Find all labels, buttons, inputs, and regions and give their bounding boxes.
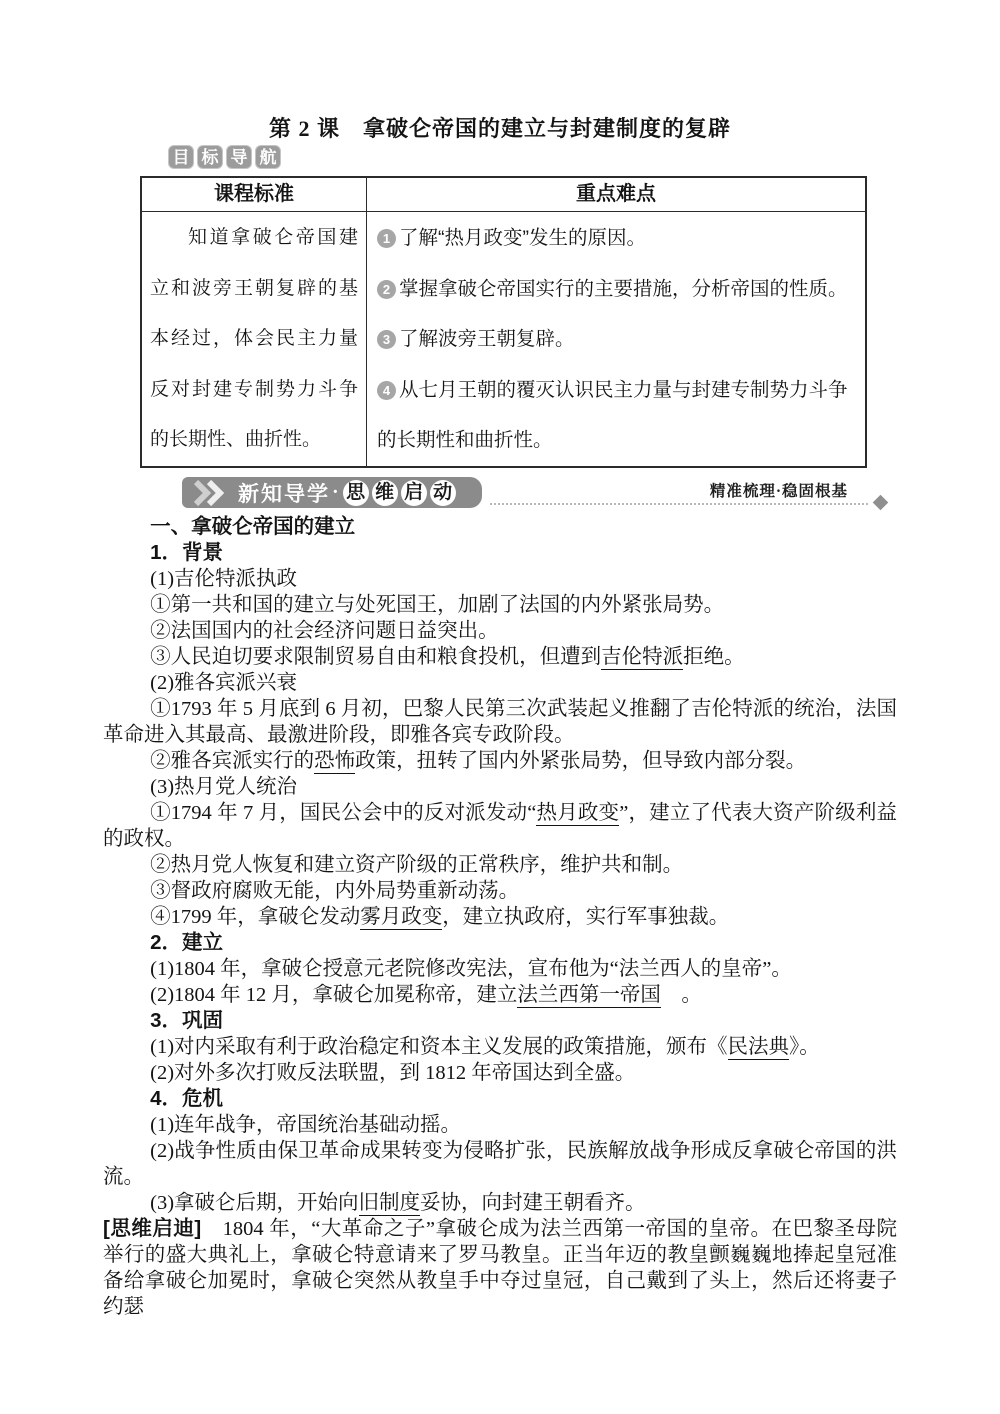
key-point-text: 从七月王朝的覆灭认识民主力量与封建专制势力斗争的长期性和曲折性。 [377, 379, 848, 452]
standards-cell: 知道拿破仑帝国建立和波旁王朝复辟的基本经过，体会民主力量反对封建专制势力斗争的长… [142, 212, 367, 466]
sub-heading: 4．危机 [103, 1086, 897, 1112]
banner-separator-dot: · [332, 481, 339, 504]
section-banner-bar: 新知导学 · 思维启动 [182, 477, 482, 508]
text-segment: ②雅各宾派实行的 [150, 750, 314, 772]
text-segment: (2)战争性质由保卫革命成果转变为侵略扩张，民族解放战争形成反拿破仑帝国的洪流。 [103, 1140, 897, 1188]
column-header-standards: 课程标准 [142, 178, 367, 211]
paragraph: ③人民迫切要求限制贸易自由和粮食投机，但遭到吉伦特派拒绝。 [103, 644, 897, 670]
paragraph: ②法国国内的社会经济问题日益突出。 [103, 618, 897, 644]
diamond-icon [873, 495, 889, 511]
paragraph: (2)1804 年 12 月，拿破仑加冕称帝，建立法兰西第一帝国 。 [103, 982, 897, 1008]
paragraph: (1)吉伦特派执政 [103, 566, 897, 592]
banner-circle-char: 启 [401, 480, 427, 506]
text-segment: (3)热月党人统治 [150, 776, 297, 798]
paragraph: (1)对内采取有利于政治稳定和资本主义发展的政策措施，颁布《民法典》。 [103, 1034, 897, 1060]
section-banner: 新知导学 · 思维启动 精准梳理·稳固根基 [100, 476, 892, 516]
text-segment: 妥协，向封建王朝看齐。 [420, 1192, 646, 1214]
text-segment: 》。 [789, 1036, 820, 1058]
blank-answer: 法兰西第一帝国 [517, 984, 661, 1008]
textbook-page: 第 2 课 拿破仑帝国的建立与封建制度的复辟 目标导航 课程标准 重点难点 知道… [0, 0, 1000, 1414]
sub-heading: 3．巩固 [103, 1008, 897, 1034]
paragraph: ④1799 年，拿破仑发动雾月政变，建立执政府，实行军事独裁。 [103, 904, 897, 930]
blank-answer: 旧制度 [359, 1192, 421, 1216]
paragraph: ①1793 年 5 月底到 6 月初，巴黎人民第三次武装起义推翻了吉伦特派的统治… [103, 696, 897, 748]
key-point-item: 1了解“热月政变”发生的原因。 [377, 213, 859, 264]
text-segment: 3．巩固 [150, 1009, 223, 1032]
paragraph: ③督政府腐败无能，内外局势重新动荡。 [103, 878, 897, 904]
key-point-text: 了解“热月政变”发生的原因。 [399, 227, 646, 249]
badge-char-tile: 导 [226, 145, 252, 169]
dotted-rule [490, 503, 868, 505]
banner-circle-char: 维 [372, 480, 398, 506]
text-segment: 政策，扭转了国内外紧张局势，但导致内部分裂。 [355, 750, 806, 772]
text-segment: (2)雅各宾派兴衰 [150, 672, 297, 694]
paragraph: (3)热月党人统治 [103, 774, 897, 800]
banner-title: 新知导学 [238, 478, 330, 508]
numbered-disc-icon: 3 [377, 330, 396, 349]
numbered-disc-icon: 4 [377, 381, 396, 400]
banner-right-label: 精准梳理·稳固根基 [710, 479, 848, 501]
text-segment: ④1799 年，拿破仑发动 [150, 906, 360, 928]
text-segment: 1804 年，“大革命之子”拿破仑成为法兰西第一帝国的皇帝。在巴黎圣母院举行的盛… [103, 1218, 897, 1318]
text-segment: (2)对外多次打败反法联盟，到 1812 年帝国达到全盛。 [150, 1062, 635, 1084]
key-point-text: 掌握拿破仑帝国实行的主要措施，分析帝国的性质。 [399, 278, 848, 300]
key-point-text: 了解波旁王朝复辟。 [399, 328, 575, 350]
blank-answer: 热月政变 [536, 802, 619, 826]
sub-heading: 1．背景 [103, 540, 897, 566]
text-segment: ②热月党人恢复和建立资产阶级的正常秩序，维护共和制。 [150, 854, 683, 876]
goal-navigation-badge: 目标导航 [168, 145, 281, 169]
lesson-content: 一、拿破仑帝国的建立1．背景(1)吉伦特派执政①第一共和国的建立与处死国王，加剧… [103, 514, 897, 1320]
key-point-item: 4从七月王朝的覆灭认识民主力量与封建专制势力斗争的长期性和曲折性。 [377, 365, 859, 466]
text-segment: (2)1804 年 12 月，拿破仑加冕称帝，建立 [150, 984, 517, 1006]
chevron-right-icon [192, 480, 230, 506]
table-body-row: 知道拿破仑帝国建立和波旁王朝复辟的基本经过，体会民主力量反对封建专制势力斗争的长… [142, 212, 865, 466]
standards-table: 课程标准 重点难点 知道拿破仑帝国建立和波旁王朝复辟的基本经过，体会民主力量反对… [140, 176, 867, 468]
badge-char-tile: 标 [197, 145, 223, 169]
paragraph: ②雅各宾派实行的恐怖政策，扭转了国内外紧张局势，但导致内部分裂。 [103, 748, 897, 774]
sub-heading: 2．建立 [103, 930, 897, 956]
blank-answer: 民法典 [728, 1036, 790, 1060]
paragraph: (1)连年战争，帝国统治基础动摇。 [103, 1112, 897, 1138]
text-segment: (1)吉伦特派执政 [150, 568, 297, 590]
blank-answer: 吉伦特派 [601, 646, 683, 670]
paragraph: (2)雅各宾派兴衰 [103, 670, 897, 696]
numbered-disc-icon: 2 [377, 280, 396, 299]
text-segment: 拒绝。 [683, 646, 745, 668]
text-segment: ①1793 年 5 月底到 6 月初，巴黎人民第三次武装起义推翻了吉伦特派的统治… [103, 698, 897, 746]
paragraph: (2)战争性质由保卫革命成果转变为侵略扩张，民族解放战争形成反拿破仑帝国的洪流。 [103, 1138, 897, 1190]
section-heading: 一、拿破仑帝国的建立 [103, 514, 897, 540]
text-segment: ①第一共和国的建立与处死国王，加剧了法国的内外紧张局势。 [150, 594, 724, 616]
text-segment: ③人民迫切要求限制贸易自由和粮食投机，但遭到 [150, 646, 601, 668]
banner-circle-char: 思 [343, 480, 369, 506]
key-point-item: 3了解波旁王朝复辟。 [377, 314, 859, 365]
paragraph: ①1794 年 7 月，国民公会中的反对派发动“热月政变”，建立了代表大资产阶级… [103, 800, 897, 852]
paragraph: ①第一共和国的建立与处死国王，加剧了法国的内外紧张局势。 [103, 592, 897, 618]
text-segment: 一、拿破仑帝国的建立 [150, 515, 355, 538]
paragraph: (1)1804 年，拿破仑授意元老院修改宪法，宣布他为“法兰西人的皇帝”。 [103, 956, 897, 982]
key-point-item: 2掌握拿破仑帝国实行的主要措施，分析帝国的性质。 [377, 264, 859, 315]
text-segment: [思维启迪] [103, 1217, 201, 1240]
text-segment: 4．危机 [150, 1087, 223, 1110]
paragraph: [思维启迪] 1804 年，“大革命之子”拿破仑成为法兰西第一帝国的皇帝。在巴黎… [103, 1216, 897, 1320]
text-segment: ，建立执政府，实行军事独裁。 [442, 906, 729, 928]
banner-circle-char: 动 [430, 480, 456, 506]
text-segment: ②法国国内的社会经济问题日益突出。 [150, 620, 499, 642]
text-segment: (3)拿破仑后期，开始向 [150, 1192, 358, 1214]
key-points-cell: 1了解“热月政变”发生的原因。2掌握拿破仑帝国实行的主要措施，分析帝国的性质。3… [367, 212, 865, 466]
paragraph: (3)拿破仑后期，开始向旧制度妥协，向封建王朝看齐。 [103, 1190, 897, 1216]
paragraph: ②热月党人恢复和建立资产阶级的正常秩序，维护共和制。 [103, 852, 897, 878]
numbered-disc-icon: 1 [377, 229, 396, 248]
text-segment: (1)1804 年，拿破仑授意元老院修改宪法，宣布他为“法兰西人的皇帝”。 [150, 958, 792, 980]
blank-answer: 雾月政变 [360, 906, 442, 930]
text-segment: 1．背景 [150, 541, 223, 564]
text-segment: ①1794 年 7 月，国民公会中的反对派发动“ [150, 802, 536, 824]
blank-answer: 恐怖 [314, 750, 355, 774]
paragraph: (2)对外多次打败反法联盟，到 1812 年帝国达到全盛。 [103, 1060, 897, 1086]
badge-char-tile: 航 [255, 145, 281, 169]
banner-circle-chars: 思维启动 [343, 480, 456, 506]
page-title: 第 2 课 拿破仑帝国的建立与封建制度的复辟 [0, 112, 1000, 143]
text-segment: ③督政府腐败无能，内外局势重新动荡。 [150, 880, 519, 902]
text-segment: 2．建立 [150, 931, 223, 954]
table-header-row: 课程标准 重点难点 [142, 178, 865, 212]
text-segment: (1)对内采取有利于政治稳定和资本主义发展的政策措施，颁布《 [150, 1036, 727, 1058]
badge-char-tile: 目 [168, 145, 194, 169]
column-header-key-points: 重点难点 [367, 178, 865, 211]
text-segment: 。 [661, 984, 702, 1006]
text-segment: (1)连年战争，帝国统治基础动摇。 [150, 1114, 461, 1136]
